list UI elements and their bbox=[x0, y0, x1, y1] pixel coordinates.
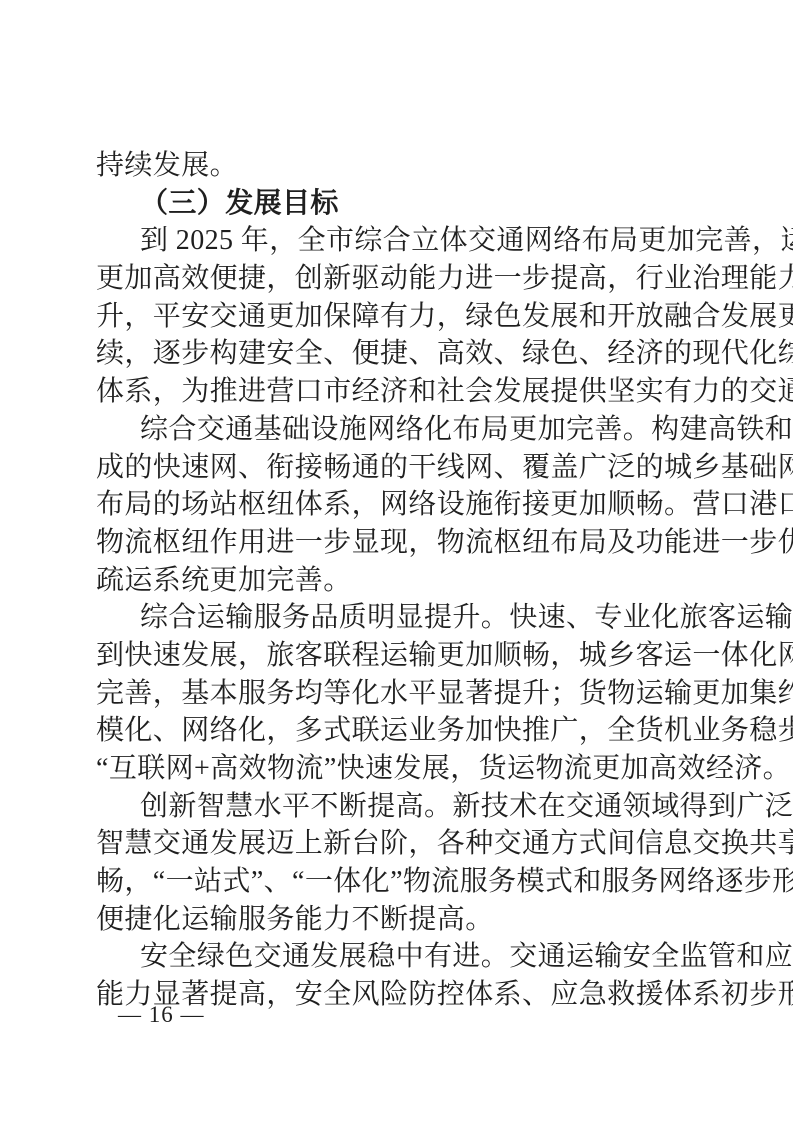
section-heading: （三）发展目标 bbox=[96, 185, 696, 223]
text-line: 持续发展。 bbox=[96, 147, 696, 185]
text-line: 安全绿色交通发展稳中有进。交通运输安全监管和应急保障 bbox=[96, 938, 696, 976]
text-line: 体系，为推进营口市经济和社会发展提供坚实有力的交通保障。 bbox=[96, 373, 696, 411]
text-line: 疏运系统更加完善。 bbox=[96, 562, 696, 600]
text-line: 智慧交通发展迈上新台阶，各种交通方式间信息交换共享更加顺 bbox=[96, 825, 696, 863]
text-line: 物流枢纽作用进一步显现，物流枢纽布局及功能进一步优化，集 bbox=[96, 524, 696, 562]
text-line: 到快速发展，旅客联程运输更加顺畅，城乡客运一体化网络更加 bbox=[96, 637, 696, 675]
text-line: 模化、网络化，多式联运业务加快推广，全货机业务稳步推进， bbox=[96, 712, 696, 750]
text-line: 升，平安交通更加保障有力，绿色发展和开放融合发展更加可持 bbox=[96, 298, 696, 336]
text-line: 布局的场站枢纽体系，网络设施衔接更加顺畅。营口港口型国家 bbox=[96, 486, 696, 524]
text-line: 更加高效便捷，创新驱动能力进一步提高，行业治理能力显著提 bbox=[96, 260, 696, 298]
page-number: — 16 — bbox=[118, 1000, 205, 1030]
text-line: 综合运输服务品质明显提升。快速、专业化旅客运输服务得 bbox=[96, 599, 696, 637]
text-line: 畅，“一站式”、“一体化”物流服务模式和服务网络逐步形成， bbox=[96, 863, 696, 901]
text-line: 成的快速网、衔接畅通的干线网、覆盖广泛的城乡基础网、合理 bbox=[96, 449, 696, 487]
text-line: 完善，基本服务均等化水平显著提升；货物运输更加集约化、规 bbox=[96, 675, 696, 713]
document-page: 持续发展。 （三）发展目标 到 2025 年，全市综合立体交通网络布局更加完善，… bbox=[0, 0, 793, 1122]
text-block: 持续发展。 （三）发展目标 到 2025 年，全市综合立体交通网络布局更加完善，… bbox=[96, 147, 696, 1014]
text-line: 创新智慧水平不断提高。新技术在交通领域得到广泛应用， bbox=[96, 788, 696, 826]
text-line: “互联网+高效物流”快速发展，货运物流更加高效经济。 bbox=[96, 750, 696, 788]
text-line: 到 2025 年，全市综合立体交通网络布局更加完善，运输服务 bbox=[96, 222, 696, 260]
text-line: 便捷化运输服务能力不断提高。 bbox=[96, 901, 696, 939]
text-line: 综合交通基础设施网络化布局更加完善。构建高铁和航空组 bbox=[96, 411, 696, 449]
text-line: 续，逐步构建安全、便捷、高效、绿色、经济的现代化综合交通 bbox=[96, 335, 696, 373]
